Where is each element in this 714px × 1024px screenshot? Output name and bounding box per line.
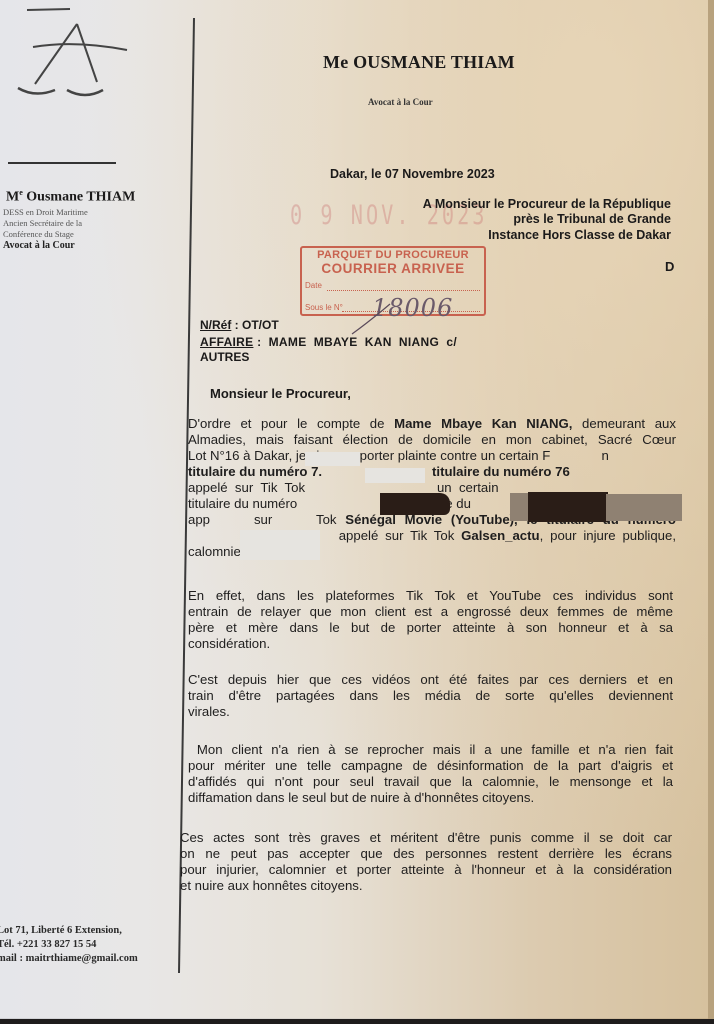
scales-of-justice-logo-icon <box>15 2 135 102</box>
paragraph-line: on ne peut pas accepter que des personne… <box>180 846 672 862</box>
letter-date: Dakar, le 07 Novembre 2023 <box>330 167 495 181</box>
redaction-gray <box>606 494 682 521</box>
sidebar-title: Avocat à la Cour <box>3 240 75 251</box>
paragraph-line: titulaire du numéro 7. titulaire du numé… <box>188 464 676 480</box>
paragraph-line: diffamation dans le seul but de nuire à … <box>188 790 673 806</box>
paragraph-line: Mon client n'a rien à se reprocher mais … <box>188 742 673 758</box>
photo-background-edge <box>708 0 714 1024</box>
recipient-line: Instance Hors Classe de Dakar <box>488 228 671 242</box>
paragraph-line: père et mère dans le but de porter attei… <box>188 620 673 636</box>
letter-page: Me Ousmane THIAM DESS en Droit Maritime … <box>0 0 708 1018</box>
paragraph-line: d'affidés qui n'ont pour seul travail qu… <box>188 774 673 790</box>
footer-address: Lot 71, Liberté 6 Extension, <box>0 925 122 936</box>
recipient-line: A Monsieur le Procureur de la République <box>423 197 671 211</box>
stamp-number-label: Sous le N° <box>305 303 343 312</box>
paragraph-line: D'ordre et pour le compte de Mame Mbaye … <box>188 416 676 432</box>
affaire-line: AFFAIRE : MAME MBAYE KAN NIANG c/ <box>200 335 457 349</box>
stamp-subtitle: COURRIER ARRIVEE <box>302 261 484 276</box>
paragraph-line: virales. <box>188 704 673 720</box>
footer-phone: Tél. +221 33 827 15 54 <box>0 939 96 950</box>
paragraph-line: train d'être partagées dans les média de… <box>188 688 673 704</box>
paragraph-line: pour mériter une telle campagne de désin… <box>188 758 673 774</box>
photo-background-edge <box>0 1019 714 1024</box>
sidebar-lawyer-name: Me Ousmane THIAM <box>6 188 135 206</box>
paragraph-conclusion: Ces actes sont très graves et méritent d… <box>180 830 672 894</box>
redaction-gray <box>510 493 530 521</box>
recipient-mark: D <box>665 259 674 274</box>
sidebar-divider <box>8 162 116 164</box>
stamp-date-label: Date <box>305 281 322 290</box>
footer-email: mail : maitrthiame@gmail.com <box>0 953 138 964</box>
stamp-date-line <box>327 290 480 291</box>
affaire-line-2: AUTRES <box>200 350 249 364</box>
redaction-black <box>528 492 608 522</box>
paragraph-line: entrain de relayer que mon client est a … <box>188 604 673 620</box>
paragraph-line: considération. <box>188 636 673 652</box>
sidebar-credential: Ancien Secrétaire de la <box>3 218 82 228</box>
paragraph-line: Lot N°16 à Dakar, je vi porter plainte c… <box>188 448 676 464</box>
paragraph-line: En effet, dans les plateformes Tik Tok e… <box>188 588 673 604</box>
paragraph-context: En effet, dans les plateformes Tik Tok e… <box>188 588 673 652</box>
letterhead-subtitle: Avocat à la Cour <box>368 97 433 107</box>
letterhead-name: Me OUSMANE THIAM <box>323 52 515 73</box>
salutation: Monsieur le Procureur, <box>210 386 351 401</box>
paragraph-line: et nuire aux honnêtes citoyens. <box>180 878 672 894</box>
pen-stroke-icon <box>350 296 410 336</box>
reference-line: N/Réf : OT/OT <box>200 318 279 332</box>
sidebar-credential: DESS en Droit Maritime <box>3 207 88 217</box>
paragraph-line: pour injurier, calomnier et porter attei… <box>180 862 672 878</box>
redaction-black <box>380 493 450 515</box>
paragraph-line: Almadies, mais faisant élection de domic… <box>188 432 676 448</box>
sidebar-credential: Conférence du Stage <box>3 229 74 239</box>
paragraph-client: Mon client n'a rien à se reprocher mais … <box>188 742 673 806</box>
redaction-patch <box>240 530 320 560</box>
paragraph-line: C'est depuis hier que ces vidéos ont été… <box>188 672 673 688</box>
paragraph-line: Ces actes sont très graves et méritent d… <box>180 830 672 846</box>
redaction-patch <box>365 468 425 483</box>
stamp-title: PARQUET DU PROCUREUR <box>302 249 484 261</box>
recipient-line: près le Tribunal de Grande <box>513 212 671 226</box>
paragraph-videos: C'est depuis hier que ces vidéos ont été… <box>188 672 673 720</box>
redaction-patch <box>305 452 360 466</box>
